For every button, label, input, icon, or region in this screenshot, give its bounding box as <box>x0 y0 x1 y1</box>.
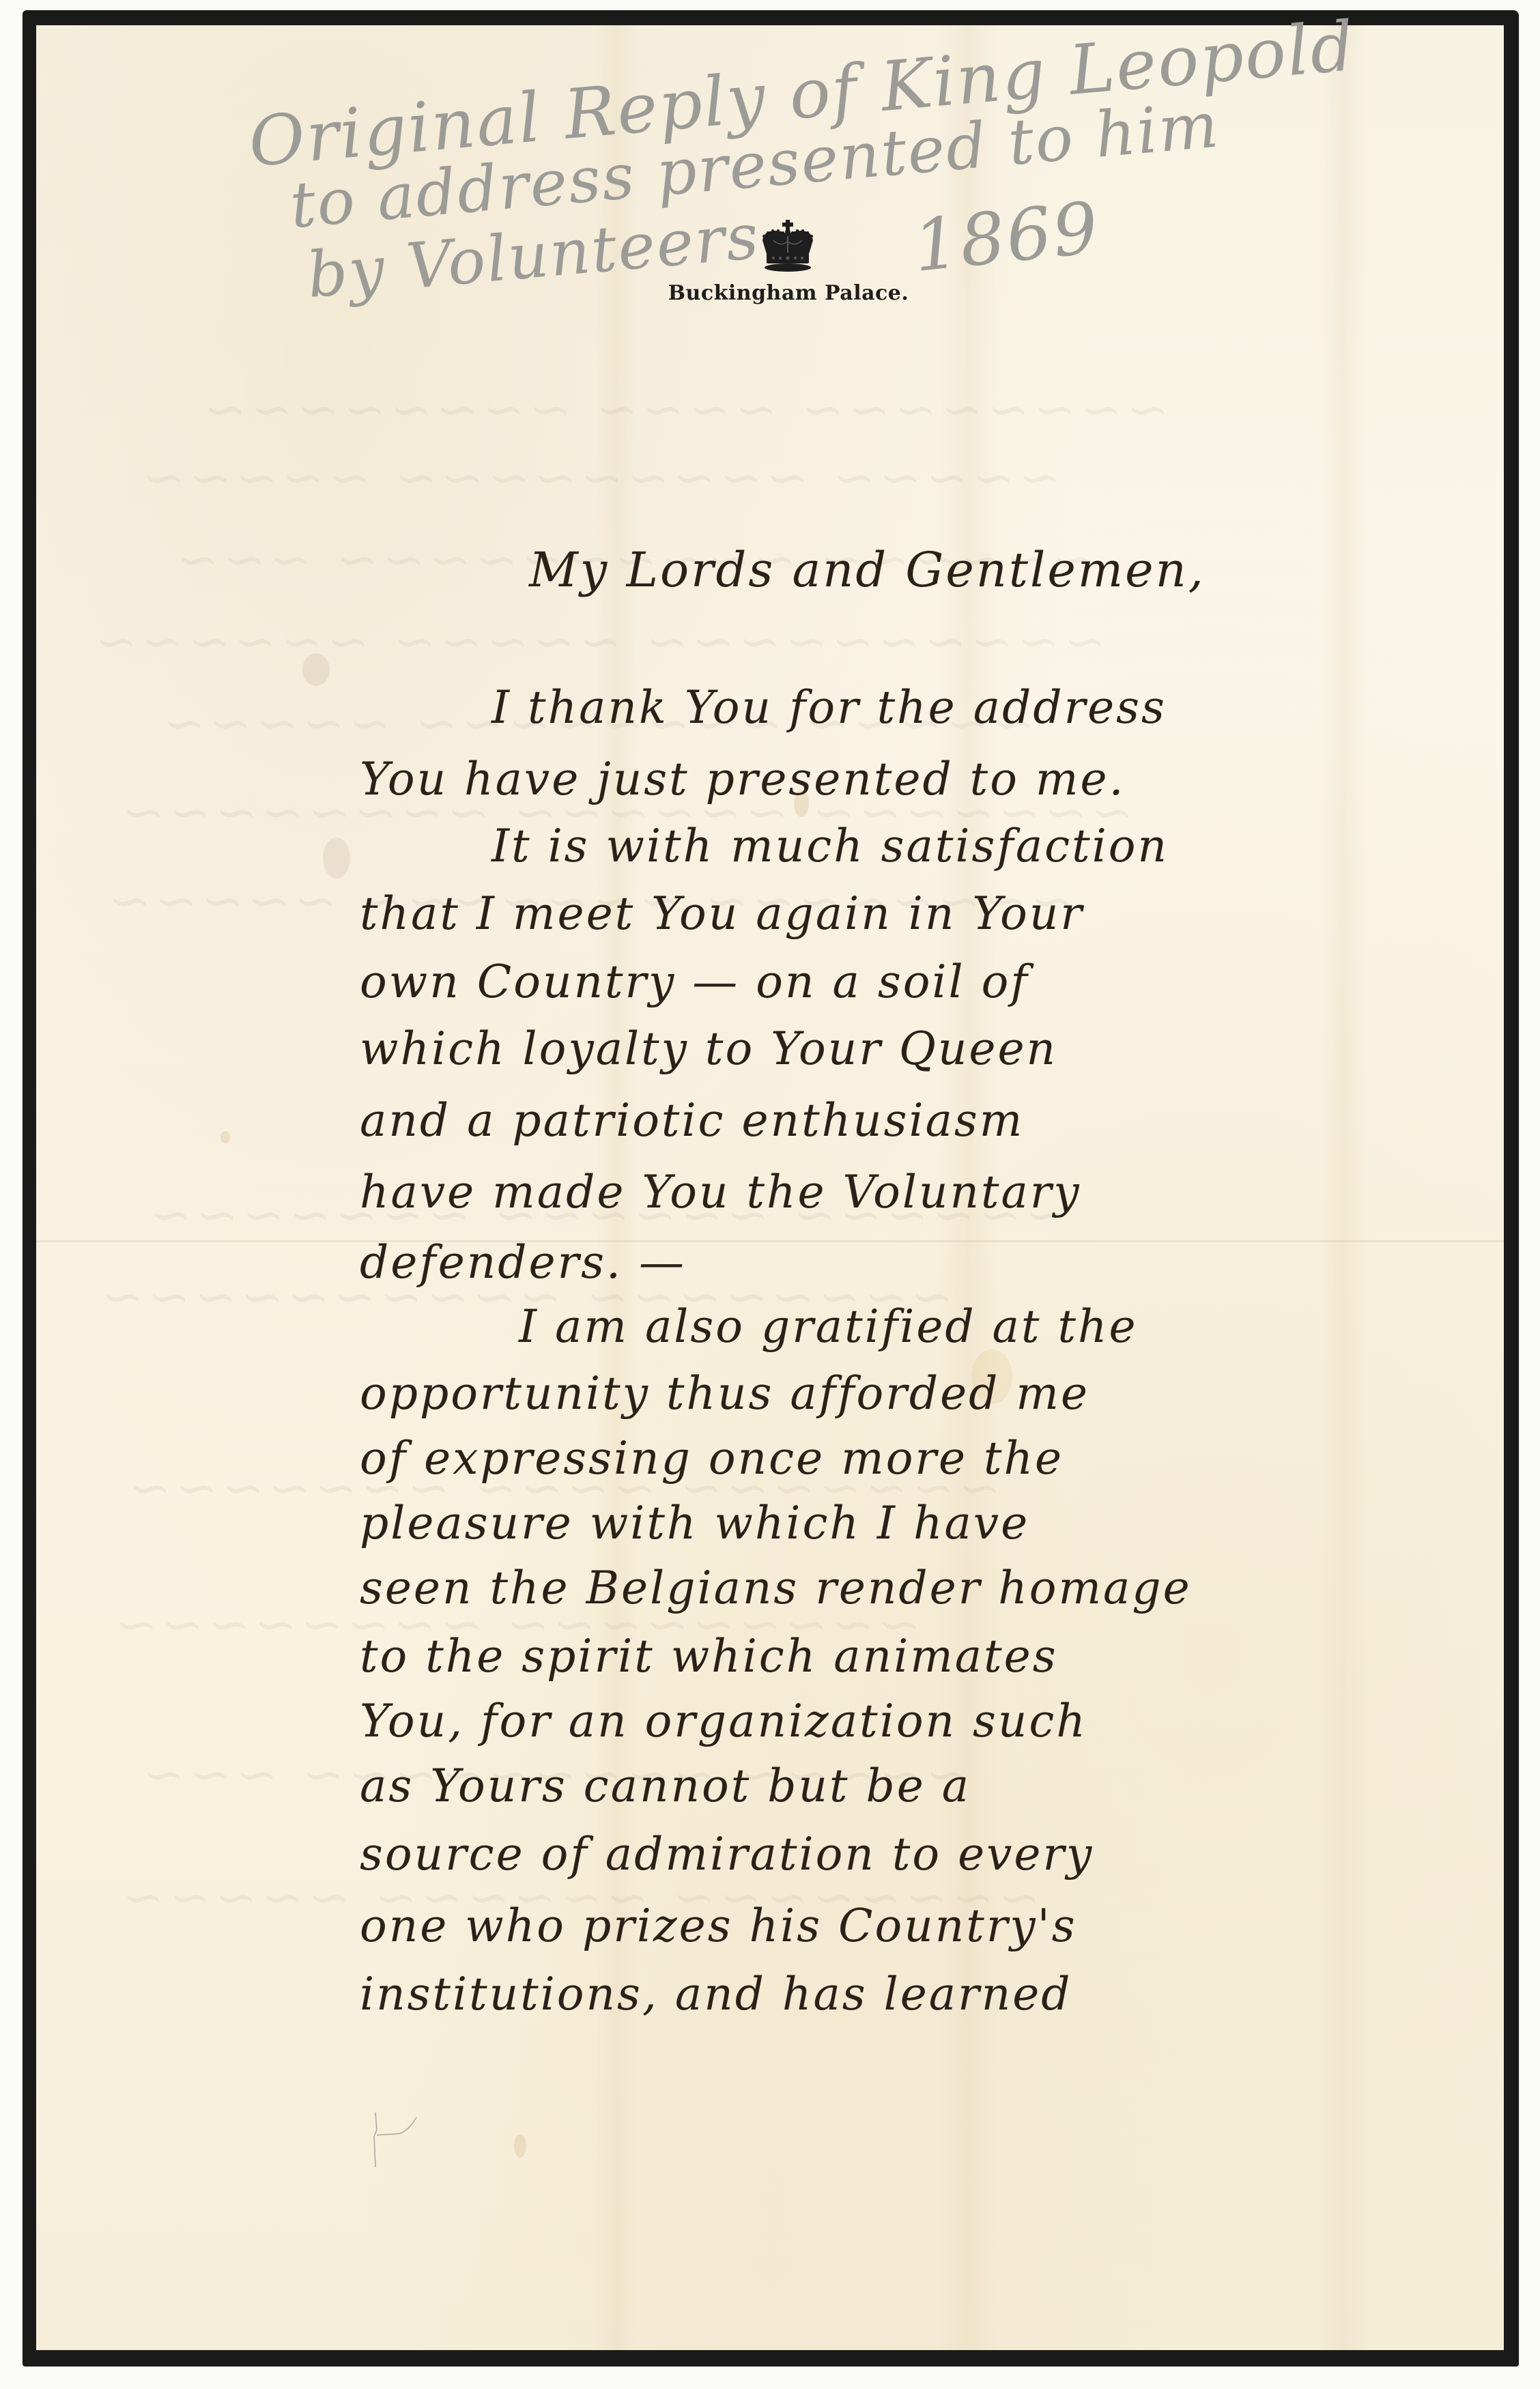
letter-line: I thank You for the address <box>491 685 1167 730</box>
letter-line: and a patriotic enthusiasm <box>360 1098 1024 1143</box>
letter-salutation: My Lords and Gentlemen, <box>529 546 1206 594</box>
letter-line: have made You the Voluntary <box>360 1170 1081 1215</box>
letter-line: seen the Belgians render homage <box>360 1566 1192 1611</box>
paper-stain <box>323 838 350 878</box>
letter-line: that I meet You again in Your <box>360 891 1084 936</box>
letter-line: defenders. — <box>360 1240 686 1285</box>
letter-line: as Yours cannot but be a <box>360 1764 971 1809</box>
bleed-through-text: ~~~~~ ~~~~~~~~~ ~~~~~ <box>139 448 1061 507</box>
letter-line: pleasure with which I have <box>360 1501 1029 1546</box>
bleed-through-text: ~~~~~~~~ ~~~~ ~~~~~~~~ <box>200 380 1169 439</box>
bleed-through-text: ~~~~~~~~~~ ~~~~~ ~~~~~~ <box>91 612 1106 671</box>
pencil-mark <box>369 2109 423 2171</box>
crown-icon <box>760 220 816 274</box>
letter-line: which loyalty to Your Queen <box>360 1027 1057 1072</box>
letter-line: I am also gratified at the <box>519 1304 1138 1349</box>
letter-line: It is with much satisfaction <box>491 824 1169 869</box>
letter-line: You, for an organization such <box>360 1699 1087 1744</box>
paper-stain <box>220 1131 230 1143</box>
letter-line: source of admiration to every <box>360 1832 1094 1877</box>
paper-stain <box>514 2134 526 2158</box>
letter-line: to the spirit which animates <box>360 1634 1058 1679</box>
paper-grain <box>1320 25 1367 2350</box>
letter-line: You have just presented to me. <box>360 757 1126 802</box>
letter-line: institutions, and has learned <box>360 1972 1072 2017</box>
letter-line: own Country — on a soil of <box>360 960 1029 1005</box>
letter-line: opportunity thus afforded me <box>360 1371 1089 1416</box>
letterhead-address: Buckingham Palace. <box>666 281 911 305</box>
paper-stain <box>302 653 330 686</box>
letter-line: of expressing once more the <box>360 1436 1064 1481</box>
letter-line: one who prizes his Country's <box>360 1904 1077 1949</box>
